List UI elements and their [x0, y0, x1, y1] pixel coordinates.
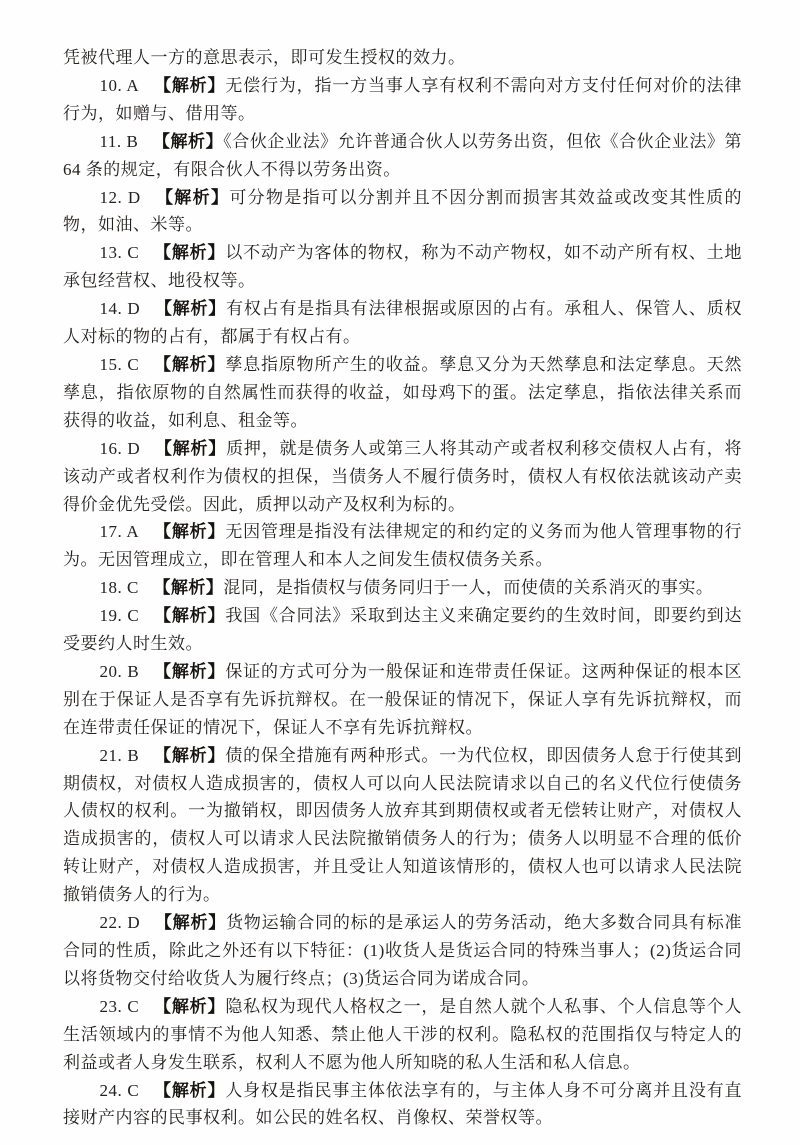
analysis-tag: 【解析】 [154, 1081, 226, 1100]
answer-item: 15. C【解析】孳息指原物所产生的收益。孳息又分为天然孳息和法定孳息。天然孳息… [63, 351, 742, 435]
answer-number: 15. C [100, 355, 140, 374]
answer-item: 13. C【解析】以不动产为客体的物权，称为不动产物权，如不动产所有权、土地承包… [63, 239, 742, 295]
answer-list: 10. A【解析】无偿行为，指一方当事人享有权利不需向对方支付任何对价的法律行为… [63, 72, 742, 1132]
answer-item: 12. D【解析】可分物是指可以分割并且不因分割而损害其效益或改变其性质的物，如… [63, 184, 742, 240]
analysis-tag: 【解析】 [154, 355, 226, 374]
analysis-tag: 【解析】 [154, 662, 226, 681]
answer-number: 12. D [100, 188, 141, 207]
answer-item: 18. C【解析】混同，是指债权与债务同归于一人，而使债的关系消灭的事实。 [63, 574, 742, 602]
answer-number: 24. C [100, 1081, 140, 1100]
analysis-tag: 【解析】 [155, 439, 227, 458]
answer-number: 22. D [100, 913, 141, 932]
document-body: 凭被代理人一方的意思表示，即可发生授权的效力。 10. A【解析】无偿行为，指一… [63, 44, 742, 1132]
analysis-tag: 【解析】 [154, 522, 226, 541]
answer-number: 21. B [100, 746, 140, 765]
analysis-tag: 【解析】 [153, 578, 223, 597]
answer-number: 19. C [100, 606, 140, 625]
analysis-tag: 【解析】 [154, 606, 226, 625]
answer-item: 24. C【解析】人身权是指民事主体依法享有的，与主体人身不可分离并且没有直接财… [63, 1077, 742, 1133]
answer-number: 18. C [100, 578, 139, 597]
answer-item: 17. A【解析】无因管理是指没有法律规定的和约定的义务而为他人管理事物的行为。… [63, 518, 742, 574]
analysis-text: 债的保全措施有两种形式。一为代位权，即因债务人怠于行使其到期债权，对债权人造成损… [63, 746, 742, 905]
answer-item: 10. A【解析】无偿行为，指一方当事人享有权利不需向对方支付任何对价的法律行为… [63, 72, 742, 128]
answer-item: 16. D【解析】质押，就是债务人或第三人将其动产或者权利移交债权人占有，将该动… [63, 435, 742, 519]
answer-item: 19. C【解析】我国《合同法》采取到达主义来确定要约的生效时间，即要约到达受要… [63, 602, 742, 658]
answer-item: 20. B【解析】保证的方式可分为一般保证和连带责任保证。这两种保证的根本区别在… [63, 658, 742, 742]
analysis-tag: 【解析】 [155, 913, 227, 932]
analysis-text: 混同，是指债权与债务同归于一人，而使债的关系消灭的事实。 [223, 578, 713, 597]
answer-number: 17. A [100, 522, 140, 541]
answer-number: 10. A [100, 76, 140, 95]
paragraph-continuation: 凭被代理人一方的意思表示，即可发生授权的效力。 [63, 44, 742, 72]
answer-number: 16. D [100, 439, 141, 458]
answer-number: 13. C [100, 243, 140, 262]
analysis-tag: 【解析】 [154, 243, 226, 262]
answer-item: 22. D【解析】货物运输合同的标的是承运人的劳务活动，绝大多数合同具有标准合同… [63, 909, 742, 993]
answer-item: 11. B【解析】《合伙企业法》允许普通合伙人以劳务出资，但依《合伙企业法》第 … [63, 128, 742, 184]
answer-number: 20. B [100, 662, 140, 681]
analysis-tag: 【解析】 [155, 188, 229, 207]
answer-number: 11. B [100, 132, 139, 151]
answer-item: 21. B【解析】债的保全措施有两种形式。一为代位权，即因债务人怠于行使其到期债… [63, 742, 742, 909]
analysis-tag: 【解析】 [154, 76, 226, 95]
analysis-tag: 【解析】 [155, 299, 227, 318]
answer-number: 14. D [100, 299, 141, 318]
analysis-tag: 【解析】 [154, 997, 226, 1016]
answer-item: 14. D【解析】有权占有是指具有法律根据或原因的占有。承租人、保管人、质权人对… [63, 295, 742, 351]
scanned-page: 凭被代理人一方的意思表示，即可发生授权的效力。 10. A【解析】无偿行为，指一… [0, 0, 800, 1145]
analysis-tag: 【解析】 [154, 746, 226, 765]
answer-number: 23. C [100, 997, 140, 1016]
answer-item: 23. C【解析】隐私权为现代人格权之一，是自然人就个人私事、个人信息等个人生活… [63, 993, 742, 1077]
analysis-tag: 【解析】 [153, 132, 223, 151]
